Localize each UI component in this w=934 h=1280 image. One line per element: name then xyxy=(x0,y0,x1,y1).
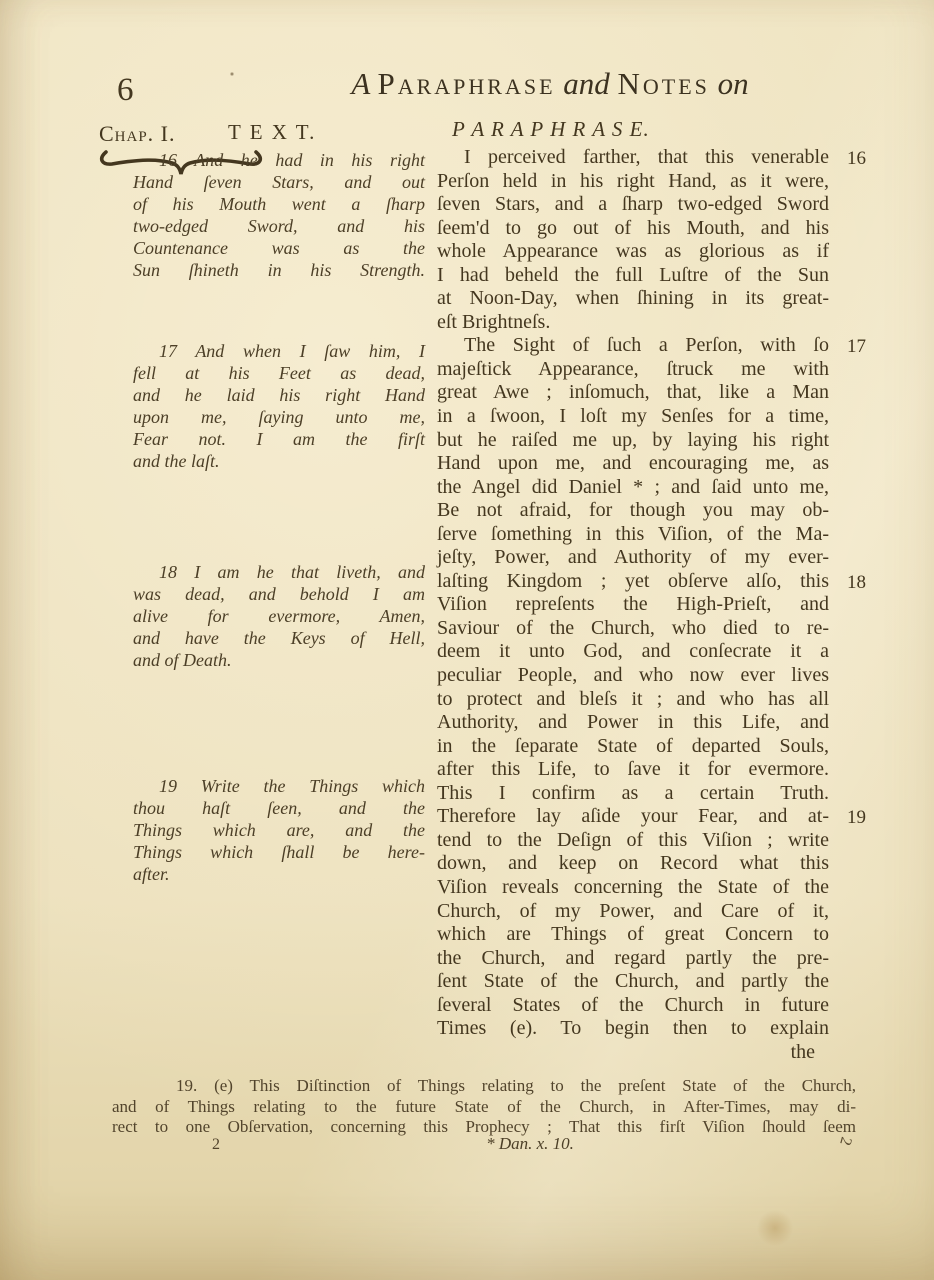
paraphrase-line: the Angel did Daniel * ; and ſaid unto m… xyxy=(437,476,829,500)
paraphrase-column: I perceived farther, that this venerable… xyxy=(437,146,829,1041)
verse-17: 17 And when I ſaw him, Ifell at his Feet… xyxy=(133,341,425,472)
title-part: on xyxy=(710,66,749,101)
paraphrase-line: which are Things of great Concern to xyxy=(437,923,829,947)
verse-line: and he laid his right Hand xyxy=(133,385,425,407)
footnote-line: 19. (e) This Diſtinction of Things relat… xyxy=(112,1076,856,1097)
verse-line: was dead, and behold I am xyxy=(133,584,425,606)
verse-line: Fear not. I am the firſt xyxy=(133,429,425,451)
paraphrase-line: at Noon-Day, when ſhining in its great- xyxy=(437,287,829,311)
verse-line: two-edged Sword, and his xyxy=(133,216,425,238)
paraphrase-line: whole Appearance was as glorious as if xyxy=(437,240,829,264)
verse-19: 19 Write the Things whichthou haſt ſeen,… xyxy=(133,776,425,886)
verse-line: Things which are, and the xyxy=(133,820,425,842)
title-part: and xyxy=(556,66,618,101)
margin-verse-number-19: 19 xyxy=(847,806,866,830)
verse-16: 16 And he had in his rightHand ſeven Sta… xyxy=(133,150,425,281)
verse-line: of his Mouth went a ſharp xyxy=(133,194,425,216)
paraphrase-line: jeſty, Power, and Authority of my ever- xyxy=(437,546,829,570)
verse-line: Sun ſhineth in his Strength. xyxy=(133,260,425,282)
verse-18: 18 I am he that liveth, andwas dead, and… xyxy=(133,562,425,672)
paraphrase-line: in the ſeparate State of departed Souls, xyxy=(437,735,829,759)
paraphrase-line: great Awe ; inſomuch, that, like a Man xyxy=(437,381,829,405)
paraphrase-line: eſt Brightneſs. xyxy=(437,311,829,335)
footnote: 19. (e) This Diſtinction of Things relat… xyxy=(112,1076,856,1138)
verse-line: Hand ſeven Stars, and out xyxy=(133,172,425,194)
verse-line: Countenance was as the xyxy=(133,238,425,260)
verse-line: and have the Keys of Hell, xyxy=(133,628,425,650)
paraphrase-line: to protect and bleſs it ; and who has al… xyxy=(437,688,829,712)
verse-line: 16 And he had in his right xyxy=(133,150,425,172)
paraphrase-line: Perſon held in his right Hand, as it wer… xyxy=(437,170,829,194)
paraphrase-line: the Church, and regard partly the pre- xyxy=(437,947,829,971)
paraphrase-line: Therefore lay aſide your Fear, and at-19 xyxy=(437,805,829,829)
verse-line: and of Death. xyxy=(133,650,425,672)
verse-line: 17 And when I ſaw him, I xyxy=(133,341,425,363)
paraphrase-line: ſeven Stars, and a ſharp two-edged Sword xyxy=(437,193,829,217)
paraphrase-line: peculiar People, and who now ever lives xyxy=(437,664,829,688)
paraphrase-line: Times (e). To begin then to explain xyxy=(437,1017,829,1041)
verse-line: after. xyxy=(133,864,425,886)
book-page-scan: { "page": { "number": "6", "title_parts"… xyxy=(0,0,934,1280)
margin-verse-number-17: 17 xyxy=(847,335,866,359)
paraphrase-line: ſerve ſomething in this Viſion, of the M… xyxy=(437,523,829,547)
footnote-line: and of Things relating to the future Sta… xyxy=(112,1097,856,1118)
footnote-reference: * Dan. x. 10. xyxy=(410,1134,650,1154)
paraphrase-column-heading: P A R A P H R A S E. xyxy=(452,117,650,142)
verse-line: 18 I am he that liveth, and xyxy=(133,562,425,584)
paraphrase-line: Viſion repreſents the High-Prieſt, and xyxy=(437,593,829,617)
paraphrase-line: in a ſwoon, I loſt my Senſes for a time, xyxy=(437,405,829,429)
verse-line: upon me, ſaying unto me, xyxy=(133,407,425,429)
paraphrase-line: The Sight of ſuch a Perſon, with ſo17 xyxy=(437,334,829,358)
paraphrase-line: Be not afraid, for though you may ob- xyxy=(437,499,829,523)
paraphrase-line: majeſtick Appearance, ſtruck me with xyxy=(437,358,829,382)
paraphrase-line: Viſion reveals concerning the State of t… xyxy=(437,876,829,900)
paraphrase-line: Church, of my Power, and Care of it, xyxy=(437,900,829,924)
verse-line: thou haſt ſeen, and the xyxy=(133,798,425,820)
catchword: the xyxy=(437,1041,829,1064)
paraphrase-line: ſeveral States of the Church in future xyxy=(437,994,829,1018)
margin-verse-number-16: 16 xyxy=(847,147,866,171)
verse-line: 19 Write the Things which xyxy=(133,776,425,798)
paraphrase-line: tend to the Deſign of this Viſion ; writ… xyxy=(437,829,829,853)
paraphrase-line: deem it unto God, and conſecrate it a xyxy=(437,640,829,664)
paraphrase-line: down, and keep on Record what this xyxy=(437,852,829,876)
signature-mark: 2 xyxy=(212,1136,220,1154)
margin-verse-number-18: 18 xyxy=(847,571,866,595)
paraphrase-line: after this Life, to ſave it for evermore… xyxy=(437,758,829,782)
paraphrase-line: ſeem'd to go out of his Mouth, and his xyxy=(437,217,829,241)
paraphrase-line: I perceived farther, that this venerable… xyxy=(437,146,829,170)
paraphrase-line: I had beheld the full Luſtre of the Sun xyxy=(437,264,829,288)
paraphrase-line: Authority, and Power in this Life, and xyxy=(437,711,829,735)
paraphrase-line: but he raiſed me up, by laying his right xyxy=(437,429,829,453)
title-part: Notes xyxy=(618,66,710,101)
verse-line: and the laſt. xyxy=(133,451,425,473)
paraphrase-line: Saviour of the Church, who died to re- xyxy=(437,617,829,641)
paraphrase-line: This I confirm as a certain Truth. xyxy=(437,782,829,806)
verse-line: fell at his Feet as dead, xyxy=(133,363,425,385)
paraphrase-line: ſent State of the Church, and partly the xyxy=(437,970,829,994)
paraphrase-line: laſting Kingdom ; yet obſerve alſo, this… xyxy=(437,570,829,594)
verse-line: Things which ſhall be here- xyxy=(133,842,425,864)
page-number: 6 xyxy=(117,72,134,109)
paraphrase-line: Hand upon me, and encouraging me, as xyxy=(437,452,829,476)
verse-line: alive for evermore, Amen, xyxy=(133,606,425,628)
